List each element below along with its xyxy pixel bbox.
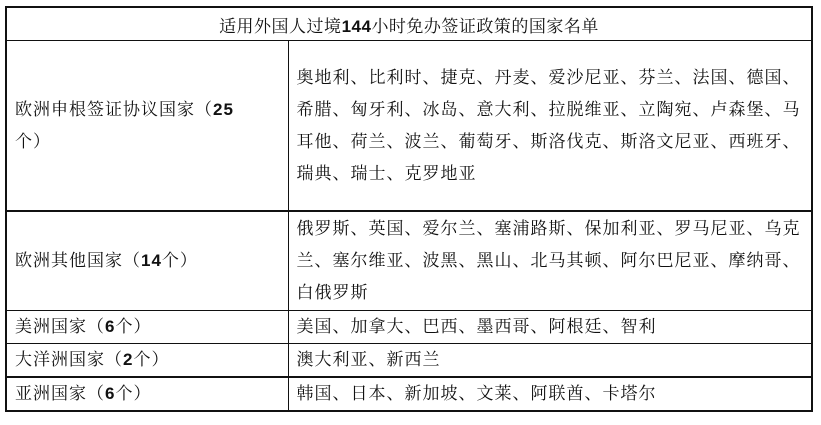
category-count: 25: [213, 100, 234, 119]
table-row: 大洋洲国家（2个） 澳大利亚、新西兰: [6, 344, 812, 378]
visa-free-country-table: 适用外国人过境144小时免办签证政策的国家名单 欧洲申根签证协议国家（25个） …: [5, 6, 813, 412]
title-hours: 144: [342, 17, 372, 36]
category-label: 美洲国家（: [15, 317, 105, 337]
countries-cell: 澳大利亚、新西兰: [288, 344, 812, 378]
table-row: 欧洲其他国家（14个） 俄罗斯、英国、爱尔兰、塞浦路斯、保加利亚、罗马尼亚、乌克…: [6, 211, 812, 311]
category-label: 亚洲国家（: [15, 384, 105, 404]
table-title-row: 适用外国人过境144小时免办签证政策的国家名单: [6, 7, 812, 41]
table-row: 亚洲国家（6个） 韩国、日本、新加坡、文莱、阿联酋、卡塔尔: [6, 377, 812, 411]
category-cell: 欧洲申根签证协议国家（25个）: [6, 41, 288, 212]
title-suffix: 小时免办签证政策的国家名单: [371, 17, 599, 37]
title-prefix: 适用外国人过境: [219, 17, 342, 37]
category-label: 欧洲其他国家（: [15, 251, 141, 271]
table-row: 美洲国家（6个） 美国、加拿大、巴西、墨西哥、阿根廷、智利: [6, 311, 812, 344]
category-suffix: 个）: [162, 251, 198, 271]
table-row: 欧洲申根签证协议国家（25个） 奥地利、比利时、捷克、丹麦、爱沙尼亚、芬兰、法国…: [6, 41, 812, 212]
category-label: 大洋洲国家（: [15, 350, 123, 370]
countries-cell: 韩国、日本、新加坡、文莱、阿联酋、卡塔尔: [288, 377, 812, 411]
table-title: 适用外国人过境144小时免办签证政策的国家名单: [6, 7, 812, 41]
category-suffix: 个）: [115, 317, 151, 337]
category-cell: 美洲国家（6个）: [6, 311, 288, 344]
category-suffix: 个）: [15, 132, 51, 152]
countries-cell: 俄罗斯、英国、爱尔兰、塞浦路斯、保加利亚、罗马尼亚、乌克兰、塞尔维亚、波黑、黑山…: [288, 211, 812, 311]
category-count: 6: [105, 384, 115, 403]
category-cell: 欧洲其他国家（14个）: [6, 211, 288, 311]
category-count: 6: [105, 317, 115, 336]
category-suffix: 个）: [133, 350, 169, 370]
category-count: 2: [123, 350, 133, 369]
countries-cell: 奥地利、比利时、捷克、丹麦、爱沙尼亚、芬兰、法国、德国、希腊、匈牙利、冰岛、意大…: [288, 41, 812, 212]
category-label: 欧洲申根签证协议国家（: [15, 100, 213, 120]
category-cell: 大洋洲国家（2个）: [6, 344, 288, 378]
category-cell: 亚洲国家（6个）: [6, 377, 288, 411]
category-count: 14: [141, 251, 162, 270]
countries-cell: 美国、加拿大、巴西、墨西哥、阿根廷、智利: [288, 311, 812, 344]
category-suffix: 个）: [115, 384, 151, 404]
